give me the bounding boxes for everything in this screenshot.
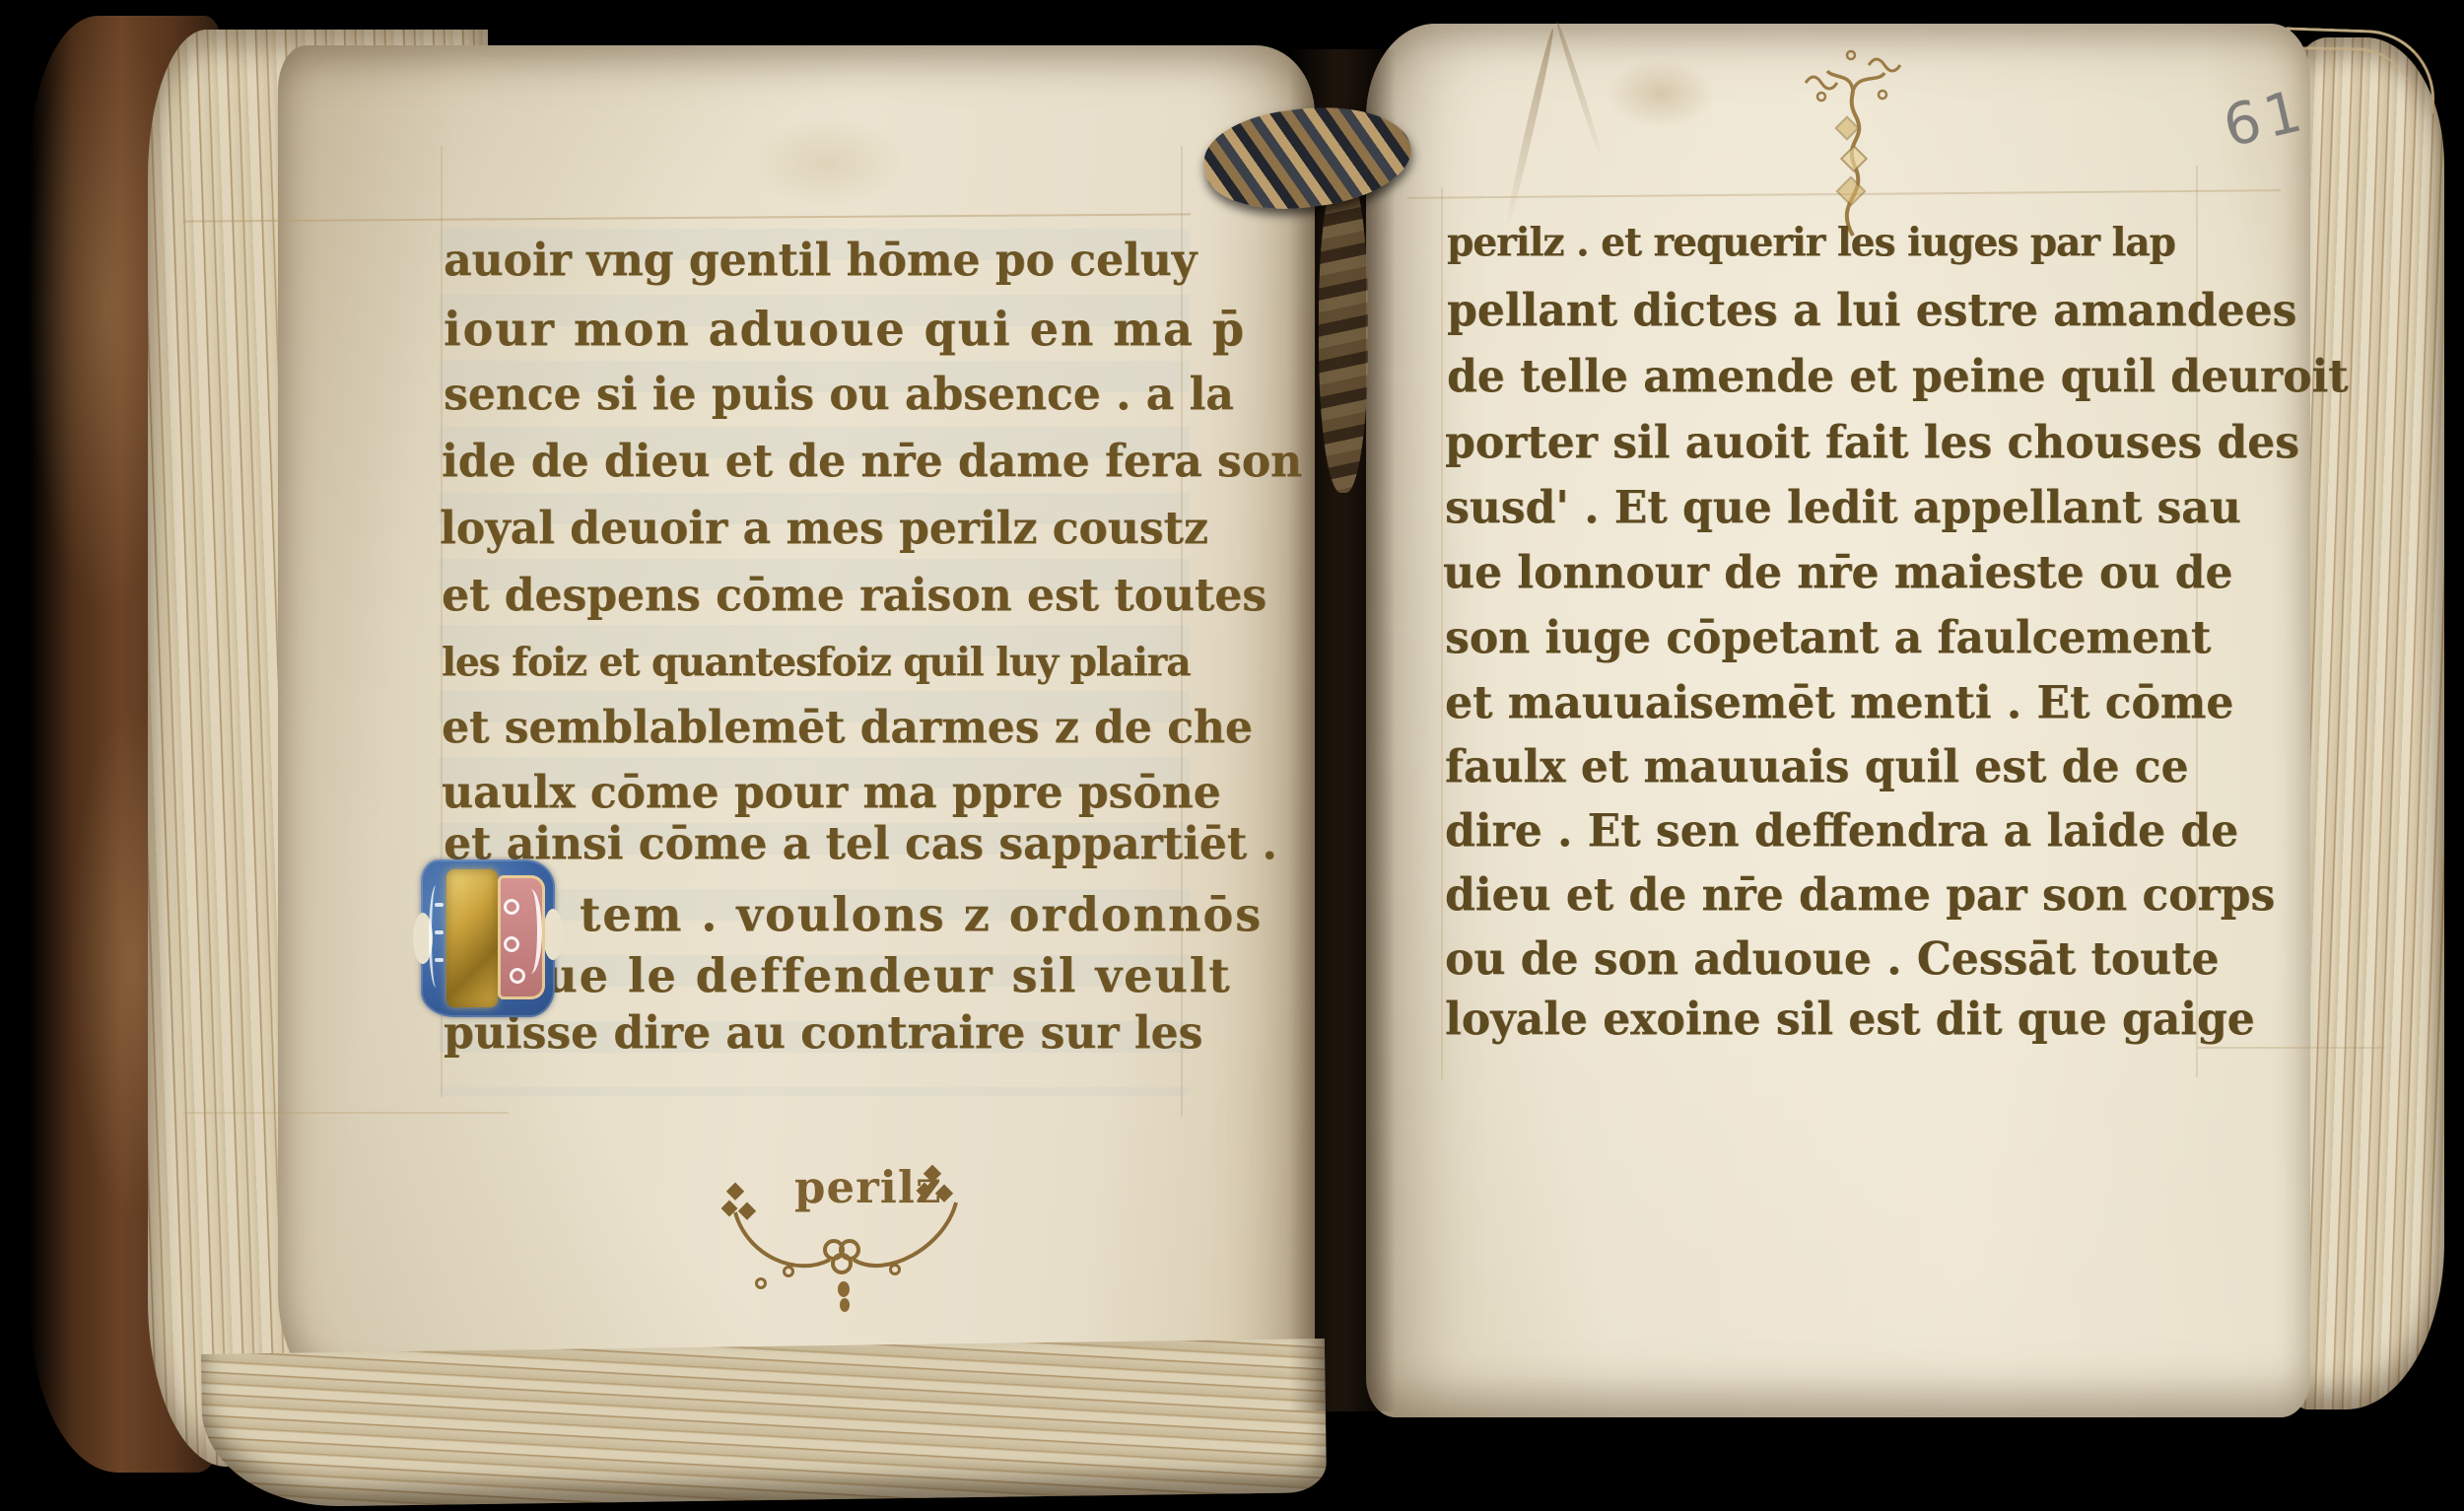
text-line: loyal deuoir a mes perilz coustz bbox=[440, 503, 1208, 555]
initial-white-ring bbox=[510, 968, 525, 984]
text-line: susd' . Et que ledit appellant sau bbox=[1445, 482, 2241, 534]
text-line: auoir vng gentil hōme po celuy bbox=[444, 235, 1197, 287]
ruling-line bbox=[183, 1112, 509, 1114]
cadel-flourish-icon bbox=[1792, 43, 1910, 245]
text-line: faulx et mauuais quil est de ce bbox=[1445, 741, 2188, 793]
text-line: loyale exoine sil est dit que gaige bbox=[1445, 994, 2255, 1046]
text-line: dire . Et sen deffendra a laide de bbox=[1445, 805, 2238, 858]
page-edge-stack-right bbox=[2289, 37, 2444, 1409]
page-edge-stack-bottom bbox=[201, 1339, 1327, 1508]
text-line: et despens cōme raison est toutes bbox=[442, 570, 1266, 622]
ruling-line bbox=[1441, 187, 1443, 1079]
text-line: iour mon aduoue qui en ma p̄ bbox=[444, 302, 1246, 357]
text-line: sence si ie puis ou absence . a la bbox=[444, 369, 1234, 421]
initial-white-dot bbox=[435, 958, 444, 962]
text-line: perilz . et requerir les iuges par lap bbox=[1447, 219, 2175, 266]
parchment-stain bbox=[1607, 59, 1715, 128]
text-line: tem . voulons z ordonnōs bbox=[580, 887, 1263, 942]
text-line: les foiz et quantesfoiz quil luy plaira bbox=[442, 639, 1191, 686]
text-line: ue lonnour de nr̄e maieste ou de bbox=[1443, 547, 2232, 599]
illuminated-initial: I bbox=[421, 859, 555, 1017]
initial-notch bbox=[543, 909, 563, 960]
initial-white-ring bbox=[504, 899, 519, 915]
text-line: puisse dire au contraire sur les bbox=[444, 1007, 1202, 1060]
manuscript-photo: auoir vng gentil hōme po celuy iour mon … bbox=[0, 0, 2464, 1511]
text-line: son iuge cōpetant a faulcement bbox=[1445, 612, 2211, 664]
text-line: et ainsi cōme a tel cas sappartiēt . bbox=[444, 818, 1277, 870]
initial-white-ring bbox=[504, 936, 519, 952]
initial-white-crescent bbox=[519, 889, 542, 974]
text-line: de telle amende et peine quil deuroit bbox=[1447, 351, 2349, 403]
gutter-sewing-thread bbox=[1319, 168, 1368, 493]
text-line: et mauuaisemēt menti . Et cōme bbox=[1445, 677, 2233, 729]
text-line: pellant dictes a lui estre amandees bbox=[1447, 285, 2296, 337]
parchment-stain bbox=[749, 118, 907, 207]
drop-cap-letter: I bbox=[450, 879, 490, 995]
text-line: que le deffendeur sil veult bbox=[511, 948, 1232, 1003]
text-line: dieu et de nr̄e dame par son corps bbox=[1445, 869, 2275, 922]
text-line: uaulx cōme pour ma ppre psōne bbox=[442, 767, 1221, 819]
pen-flourish-icon bbox=[727, 1199, 964, 1317]
text-line: ide de dieu et de nr̄e dame fera son bbox=[442, 436, 1302, 488]
initial-white-dot bbox=[435, 903, 444, 907]
text-line: porter sil auoit fait les chouses des bbox=[1445, 417, 2299, 469]
initial-white-dot bbox=[435, 930, 444, 934]
initial-white-penwork bbox=[429, 885, 444, 988]
text-line: ou de son aduoue . Cessāt toute bbox=[1445, 933, 2219, 986]
ruling-line bbox=[2198, 1047, 2385, 1049]
text-line: et semblablemēt darmes z de che bbox=[442, 702, 1253, 754]
